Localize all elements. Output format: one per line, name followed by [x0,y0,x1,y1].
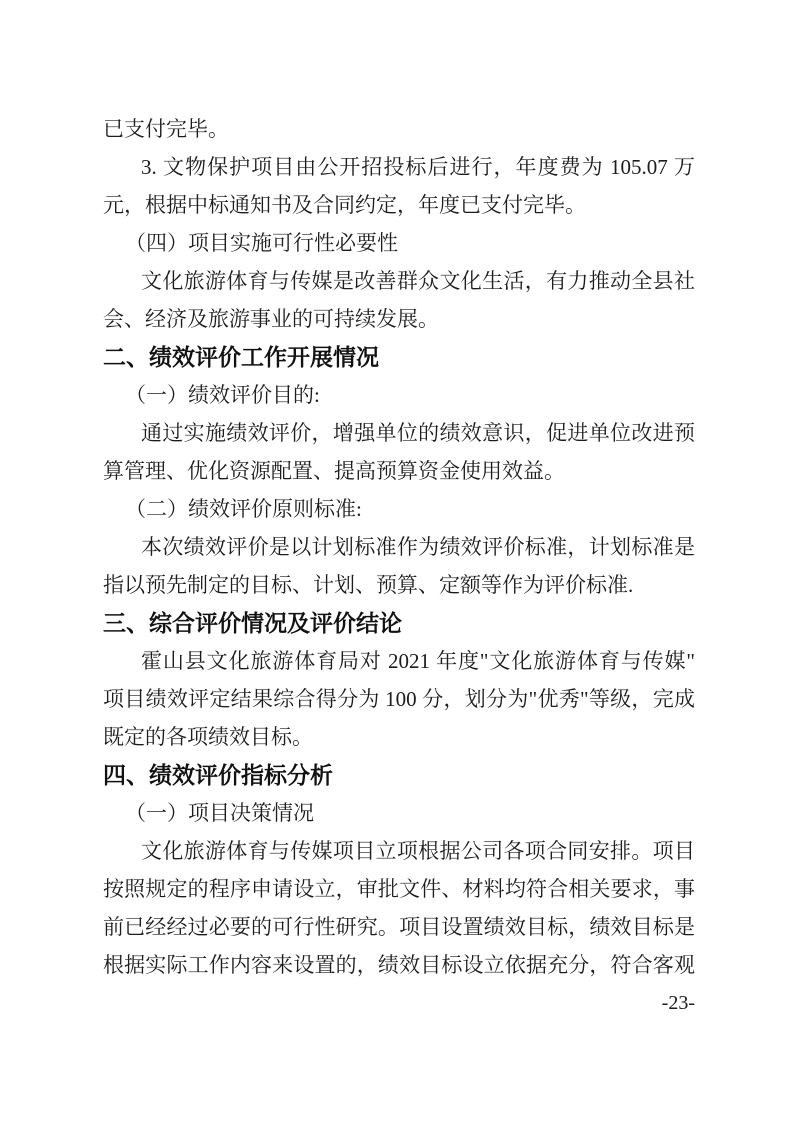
page-number: -23- [103,992,695,1014]
section-heading: 二、绩效评价工作开展情况 [103,338,695,376]
text-line: 前已经经过必要的可行性研究。项目设置绩效目标，绩效目标是 [103,908,695,946]
text-line: 既定的各项绩效目标。 [103,718,695,756]
text-line: 元，根据中标通知书及合同约定，年度已支付完毕。 [103,186,695,224]
text-line: 根据实际工作内容来设置的，绩效目标设立依据充分，符合客观 [103,946,695,984]
text-line: 霍山县文化旅游体育局对 2021 年度"文化旅游体育与传媒" [103,642,695,680]
text-line: 文化旅游体育与传媒项目立项根据公司各项合同安排。项目 [103,832,695,870]
text-line: 已支付完毕。 [103,110,695,148]
text-line: 通过实施绩效评价，增强单位的绩效意识，促进单位改进预 [103,414,695,452]
text-line: 本次绩效评价是以计划标准作为绩效评价标准，计划标准是 [103,528,695,566]
document-page: 已支付完毕。 3. 文物保护项目由公开招投标后进行，年度费为 105.07 万 … [0,0,793,1122]
text-line: 文化旅游体育与传媒是改善群众文化生活，有力推动全县社 [103,262,695,300]
subsection-title: （一）项目决策情况 [103,794,695,832]
subsection-title: （一）绩效评价目的: [103,376,695,414]
section-heading: 三、综合评价情况及评价结论 [103,604,695,642]
text-line: 会、经济及旅游事业的可持续发展。 [103,300,695,338]
document-body: 已支付完毕。 3. 文物保护项目由公开招投标后进行，年度费为 105.07 万 … [103,110,695,984]
text-line: 按照规定的程序申请设立，审批文件、材料均符合相关要求，事 [103,870,695,908]
text-line: 指以预先制定的目标、计划、预算、定额等作为评价标准. [103,566,695,604]
section-heading: 四、绩效评价指标分析 [103,756,695,794]
subsection-title: （四）项目实施可行性必要性 [103,224,695,262]
text-line: 3. 文物保护项目由公开招投标后进行，年度费为 105.07 万 [103,148,695,186]
text-line: 算管理、优化资源配置、提高预算资金使用效益。 [103,452,695,490]
subsection-title: （二）绩效评价原则标准: [103,490,695,528]
text-line: 项目绩效评定结果综合得分为 100 分，划分为"优秀"等级，完成 [103,680,695,718]
